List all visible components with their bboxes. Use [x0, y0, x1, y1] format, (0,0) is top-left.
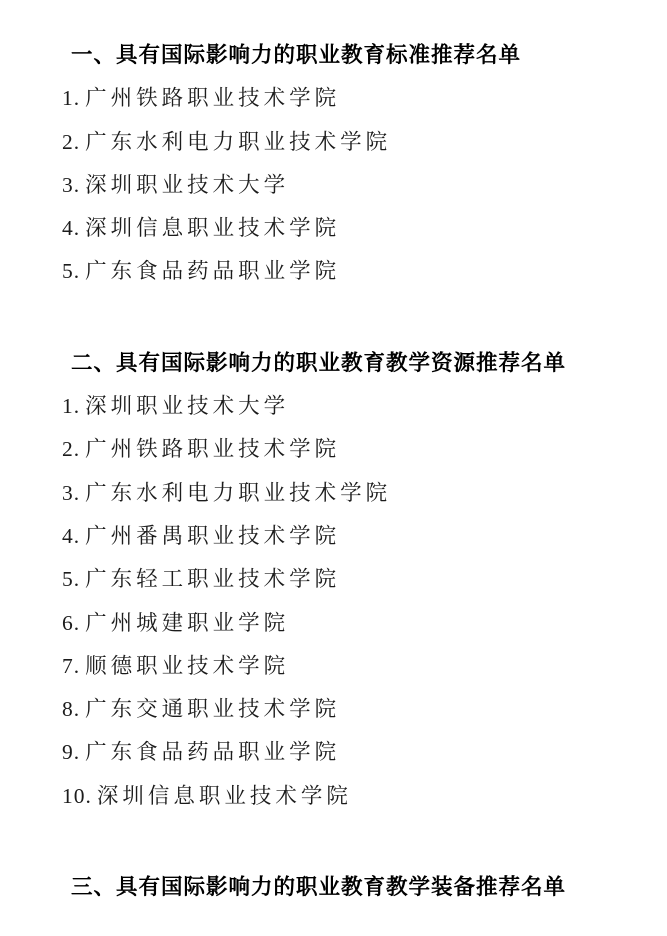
- item-name: 广东轻工职业技术学院: [85, 567, 340, 591]
- item-name: 深圳职业技术大学: [85, 173, 289, 197]
- item-name: 顺德职业技术学院: [85, 654, 289, 678]
- item-number: 3.: [62, 173, 85, 197]
- item-name: 深圳信息职业技术学院: [97, 784, 352, 808]
- item-number: 1.: [62, 86, 85, 110]
- list-item: 3.深圳职业技术大学: [62, 164, 647, 207]
- list-item: 2.广州铁路职业技术学院: [62, 428, 647, 471]
- document-page: 一、具有国际影响力的职业教育标准推荐名单 1.广州铁路职业技术学院 2.广东水利…: [0, 0, 667, 936]
- list-item: 4.深圳信息职业技术学院: [62, 207, 647, 250]
- list-item: 1.广州铁路职业技术学院: [62, 77, 647, 120]
- list-item: 6.广州城建职业学院: [62, 602, 647, 645]
- list-item: 8.广东交通职业技术学院: [62, 688, 647, 731]
- item-name: 广东食品药品职业学院: [85, 259, 340, 283]
- item-name: 广东水利电力职业技术学院: [85, 130, 391, 154]
- item-number: 7.: [62, 654, 85, 678]
- item-number: 2.: [62, 437, 85, 461]
- section-heading: 二、具有国际影响力的职业教育教学资源推荐名单: [71, 342, 647, 385]
- item-name: 深圳信息职业技术学院: [85, 216, 340, 240]
- item-number: 5.: [62, 567, 85, 591]
- list-item: 9.广东食品药品职业学院: [62, 731, 647, 774]
- section-heading: 三、具有国际影响力的职业教育教学装备推荐名单: [71, 866, 647, 909]
- list-item: 10.深圳信息职业技术学院: [62, 775, 647, 818]
- item-name: 广州铁路职业技术学院: [85, 86, 340, 110]
- item-name: 广州城建职业学院: [85, 611, 289, 635]
- section-heading: 一、具有国际影响力的职业教育标准推荐名单: [71, 34, 647, 77]
- list-item: 3.广东水利电力职业技术学院: [62, 472, 647, 515]
- item-number: 4.: [62, 216, 85, 240]
- list-item: 5.广东轻工职业技术学院: [62, 558, 647, 601]
- section-standards: 一、具有国际影响力的职业教育标准推荐名单 1.广州铁路职业技术学院 2.广东水利…: [62, 34, 647, 294]
- item-name: 广东交通职业技术学院: [85, 697, 340, 721]
- item-name: 广东水利电力职业技术学院: [85, 481, 391, 505]
- item-number: 2.: [62, 130, 85, 154]
- list-item: 2.广东水利电力职业技术学院: [62, 121, 647, 164]
- section-teaching-resources: 二、具有国际影响力的职业教育教学资源推荐名单 1.深圳职业技术大学 2.广州铁路…: [62, 342, 647, 818]
- item-name: 广州番禺职业技术学院: [85, 524, 340, 548]
- section-teaching-equipment: 三、具有国际影响力的职业教育教学装备推荐名单: [62, 866, 647, 909]
- item-number: 10.: [62, 784, 97, 808]
- list-item: 5.广东食品药品职业学院: [62, 250, 647, 293]
- item-name: 广州铁路职业技术学院: [85, 437, 340, 461]
- item-number: 5.: [62, 259, 85, 283]
- list-item: 1.深圳职业技术大学: [62, 385, 647, 428]
- item-number: 1.: [62, 394, 85, 418]
- item-number: 6.: [62, 611, 85, 635]
- item-name: 深圳职业技术大学: [85, 394, 289, 418]
- item-number: 4.: [62, 524, 85, 548]
- item-name: 广东食品药品职业学院: [85, 740, 340, 764]
- list-item: 4.广州番禺职业技术学院: [62, 515, 647, 558]
- item-number: 9.: [62, 740, 85, 764]
- list-item: 7.顺德职业技术学院: [62, 645, 647, 688]
- item-number: 3.: [62, 481, 85, 505]
- item-number: 8.: [62, 697, 85, 721]
